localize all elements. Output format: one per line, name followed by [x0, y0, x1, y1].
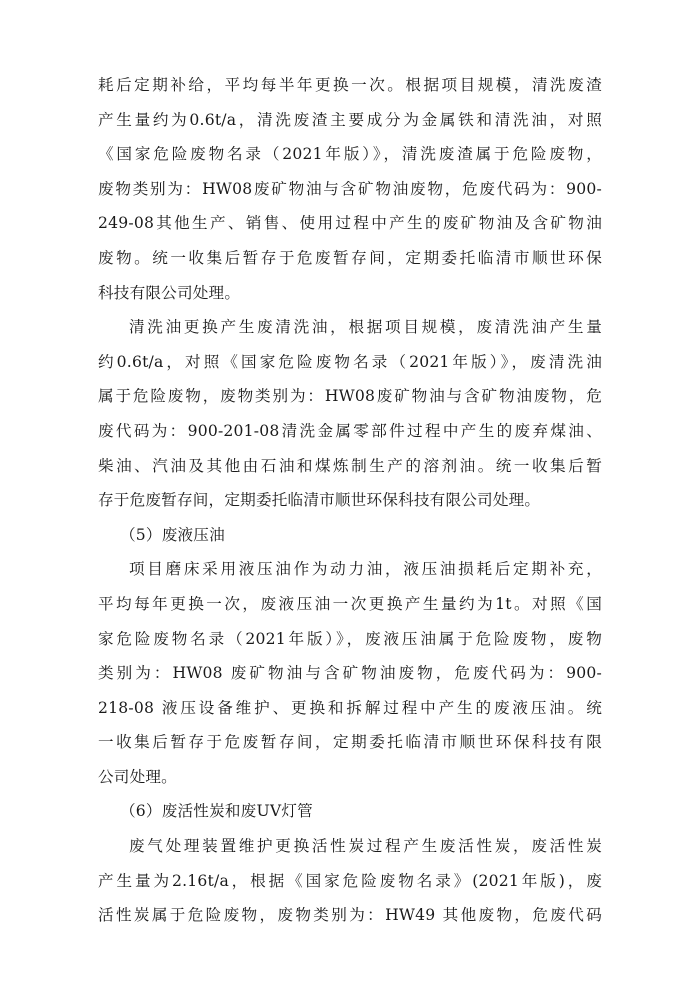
section-heading-waste-hydraulic-oil: （5）废液压油 — [98, 518, 602, 553]
text-line: 类别为：HW08 废矿物油与含矿物油废物，危废代码为：900- — [98, 656, 602, 691]
paragraph-waste-hydraulic-oil: 项目磨床采用液压油作为动力油，液压油损耗后定期补充， 平均每年更换一次，废液压油… — [98, 552, 602, 794]
text-line: 废物类别为：HW08废矿物油与含矿物油废物，危废代码为：900- — [98, 172, 602, 207]
text-line: 249-08其他生产、销售、使用过程中产生的废矿物油及含矿物油 — [98, 206, 602, 241]
text-line: 柴油、汽油及其他由石油和煤炼制生产的溶剂油。统一收集后暂 — [98, 449, 602, 484]
text-line: 产生量为2.16t/a，根据《国家危险废物名录》(2021年版)，废 — [98, 864, 602, 899]
text-line: 产生量约为0.6t/a，清洗废渣主要成分为金属铁和清洗油，对照 — [98, 103, 602, 138]
text-line: 家危险废物名录（2021年版）》，废液压油属于危险废物，废物 — [98, 622, 602, 657]
text-line: 科技有限公司处理。 — [98, 276, 602, 311]
text-line: 属于危险废物，废物类别为：HW08废矿物油与含矿物油废物，危 — [98, 379, 602, 414]
text-line: 废气处理装置维护更换活性炭过程产生废活性炭，废活性炭 — [98, 829, 602, 864]
text-line: 约0.6t/a，对照《国家危险废物名录（2021年版）》，废清洗油 — [98, 345, 602, 380]
text-line: 清洗油更换产生废清洗油，根据项目规模，废清洗油产生量 — [98, 310, 602, 345]
text-line: 公司处理。 — [98, 760, 602, 795]
paragraph-waste-cleaning-oil: 清洗油更换产生废清洗油，根据项目规模，废清洗油产生量 约0.6t/a，对照《国家… — [98, 310, 602, 518]
text-line: 平均每年更换一次，废液压油一次更换产生量约为1t。对照《国 — [98, 587, 602, 622]
paragraph-waste-activated-carbon: 废气处理装置维护更换活性炭过程产生废活性炭，废活性炭 产生量为2.16t/a，根… — [98, 829, 602, 933]
text-line: 活性炭属于危险废物，废物类别为：HW49 其他废物，危废代码 — [98, 898, 602, 933]
text-line: 项目磨床采用液压油作为动力油，液压油损耗后定期补充， — [98, 552, 602, 587]
text-line: 一收集后暂存于危废暂存间，定期委托临清市顺世环保科技有限 — [98, 725, 602, 760]
text-line: 《国家危险废物名录（2021年版）》，清洗废渣属于危险废物， — [98, 137, 602, 172]
text-line: 废物。统一收集后暂存于危废暂存间，定期委托临清市顺世环保 — [98, 241, 602, 276]
text-line: 耗后定期补给，平均每半年更换一次。根据项目规模，清洗废渣 — [98, 68, 602, 103]
text-line: 存于危废暂存间，定期委托临清市顺世环保科技有限公司处理。 — [98, 483, 602, 518]
document-page: 耗后定期补给，平均每半年更换一次。根据项目规模，清洗废渣 产生量约为0.6t/a… — [98, 68, 602, 933]
paragraph-cleaning-residue: 耗后定期补给，平均每半年更换一次。根据项目规模，清洗废渣 产生量约为0.6t/a… — [98, 68, 602, 310]
text-line: 废代码为：900-201-08清洗金属零部件过程中产生的废弃煤油、 — [98, 414, 602, 449]
text-line: 218-08 液压设备维护、更换和拆解过程中产生的废液压油。统 — [98, 691, 602, 726]
section-heading-activated-carbon-uv: （6）废活性炭和废UV灯管 — [98, 794, 602, 829]
